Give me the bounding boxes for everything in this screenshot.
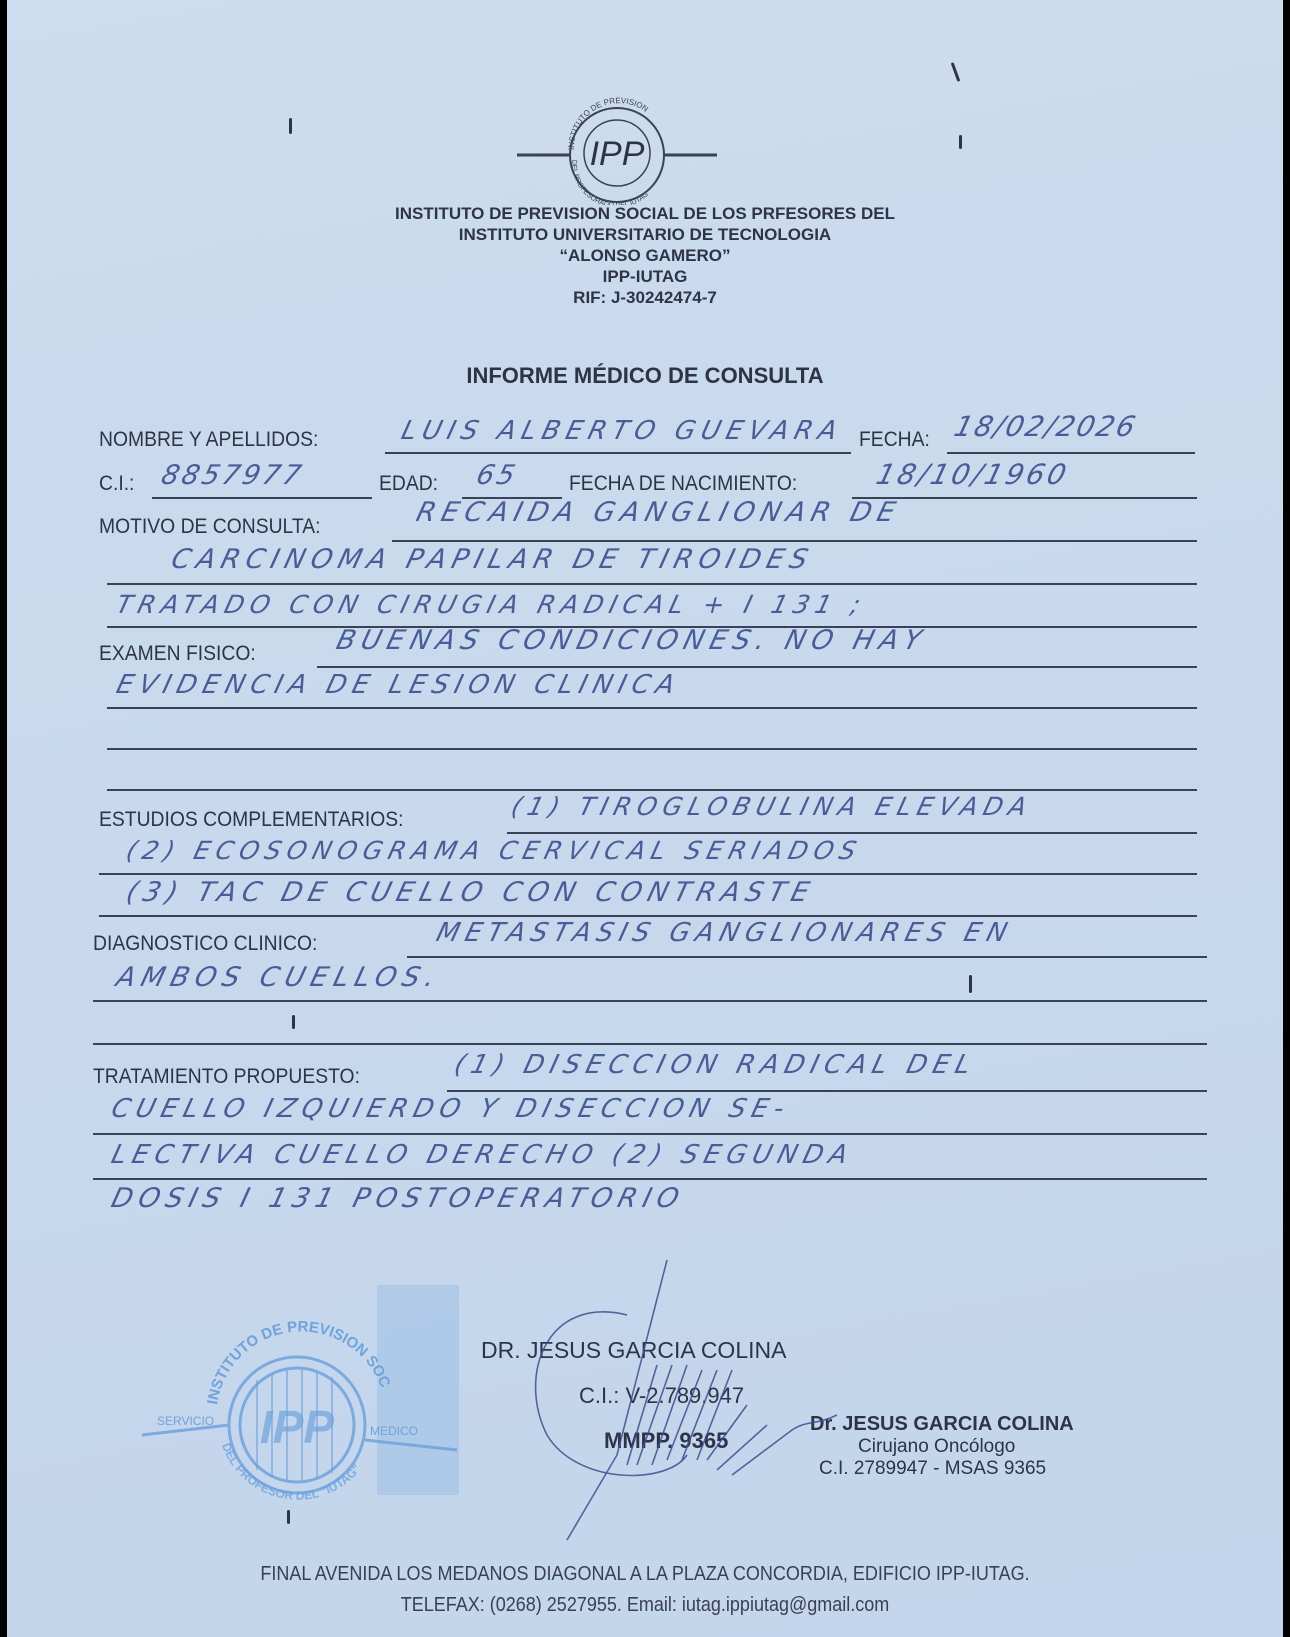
stray-mark [289, 118, 292, 134]
svg-text:SERVICIO: SERVICIO [157, 1414, 214, 1428]
ipp-logo-icon: IPP INSTITUTO DE PREVISION DEL PROFESORA… [512, 95, 722, 205]
stray-mark [969, 975, 972, 993]
examen-line-3 [107, 748, 1197, 750]
institution-seal-stamp: IPP INSTITUTO DE PREVISION SOCIAL DEL PR… [127, 1285, 467, 1505]
estudios-line-3: (3) TAC DE CUELLO CON CONTRASTE [123, 877, 818, 908]
stray-mark [959, 135, 962, 149]
document-title: INFORME MÉDICO DE CONSULTA [7, 363, 1283, 389]
stray-mark [951, 62, 961, 82]
svg-text:IPP: IPP [260, 1401, 334, 1453]
estudios-line-1: (1) TIROGLOBULINA ELEVADA [508, 792, 1035, 821]
doctor-stamp-specialty: Cirujano Oncólogo [858, 1436, 1015, 1458]
nacimiento-label: FECHA DE NACIMIENTO: [569, 472, 797, 496]
diagnostico-label: DIAGNOSTICO CLINICO: [93, 932, 317, 956]
ci-label: C.I.: [99, 472, 134, 496]
examen-label: EXAMEN FISICO: [99, 642, 256, 666]
tratamiento-line-4: DOSIS I 131 POSTOPERATORIO [108, 1183, 688, 1214]
tratamiento-line-3: LECTIVA CUELLO DERECHO (2) SEGUNDA [108, 1140, 857, 1170]
svg-text:MEDICO: MEDICO [370, 1424, 418, 1438]
motivo-label: MOTIVO DE CONSULTA: [99, 515, 320, 539]
institution-name-line-3: “ALONSO GAMERO” [7, 245, 1283, 266]
edad-label: EDAD: [379, 472, 438, 496]
institution-acronym: IPP-IUTAG [7, 266, 1283, 287]
fecha-value: 18/02/2026 [951, 410, 1141, 443]
footer-address: FINAL AVENIDA LOS MEDANOS DIAGONAL A LA … [71, 1563, 1219, 1586]
nacimiento-value: 18/10/1960 [873, 458, 1073, 491]
motivo-line-3: TRATADO CON CIRUGIA RADICAL + I 131 ; [113, 590, 869, 619]
institution-rif: RIF: J-30242474-7 [7, 287, 1283, 308]
fecha-label: FECHA: [859, 428, 930, 452]
ci-value: 8857977 [158, 460, 307, 491]
stray-mark [292, 1015, 295, 1029]
examen-line-1: BUENAS CONDICIONES. NO HAY [333, 625, 930, 656]
svg-text:IPP: IPP [590, 135, 645, 173]
estudios-label: ESTUDIOS COMPLEMENTARIOS: [99, 808, 404, 832]
nombre-label: NOMBRE Y APELLIDOS: [99, 428, 318, 452]
doctor-stamp-name: Dr. JESUS GARCIA COLINA [810, 1413, 1074, 1436]
tratamiento-line-1: (1) DISECCION RADICAL DEL [451, 1050, 980, 1080]
stray-mark [287, 1510, 290, 1524]
motivo-line-2: CARCINOMA PAPILAR DE TIROIDES [168, 544, 817, 575]
nombre-value: LUIS ALBERTO GUEVARA [398, 416, 846, 446]
diagnostico-line-2: AMBOS CUELLOS. [113, 962, 444, 993]
tratamiento-label: TRATAMIENTO PROPUESTO: [93, 1065, 360, 1089]
institution-name-line-1: INSTITUTO DE PREVISION SOCIAL DE LOS PRF… [7, 203, 1283, 224]
doctor-signature [507, 1255, 847, 1545]
examen-line-4 [107, 789, 1197, 791]
diagnostico-line-3 [93, 1043, 1207, 1045]
tratamiento-line-2: CUELLO IZQUIERDO Y DISECCION SE- [108, 1094, 793, 1124]
footer-contact: TELEFAX: (0268) 2527955. Email: iutag.ip… [71, 1594, 1219, 1617]
estudios-line-2: (2) ECOSONOGRAMA CERVICAL SERIADOS [123, 836, 865, 865]
edad-value: 65 [473, 460, 521, 491]
doctor-stamp-ids: C.I. 2789947 - MSAS 9365 [819, 1458, 1046, 1480]
scanned-medical-report: IPP INSTITUTO DE PREVISION DEL PROFESORA… [7, 0, 1283, 1637]
institution-name-line-2: INSTITUTO UNIVERSITARIO DE TECNOLOGIA [7, 224, 1283, 245]
examen-line-2: EVIDENCIA DE LESION CLINICA [113, 670, 683, 700]
diagnostico-line-1: METASTASIS GANGLIONARES EN [433, 918, 1016, 948]
motivo-line-1: RECAIDA GANGLIONAR DE [413, 497, 904, 528]
